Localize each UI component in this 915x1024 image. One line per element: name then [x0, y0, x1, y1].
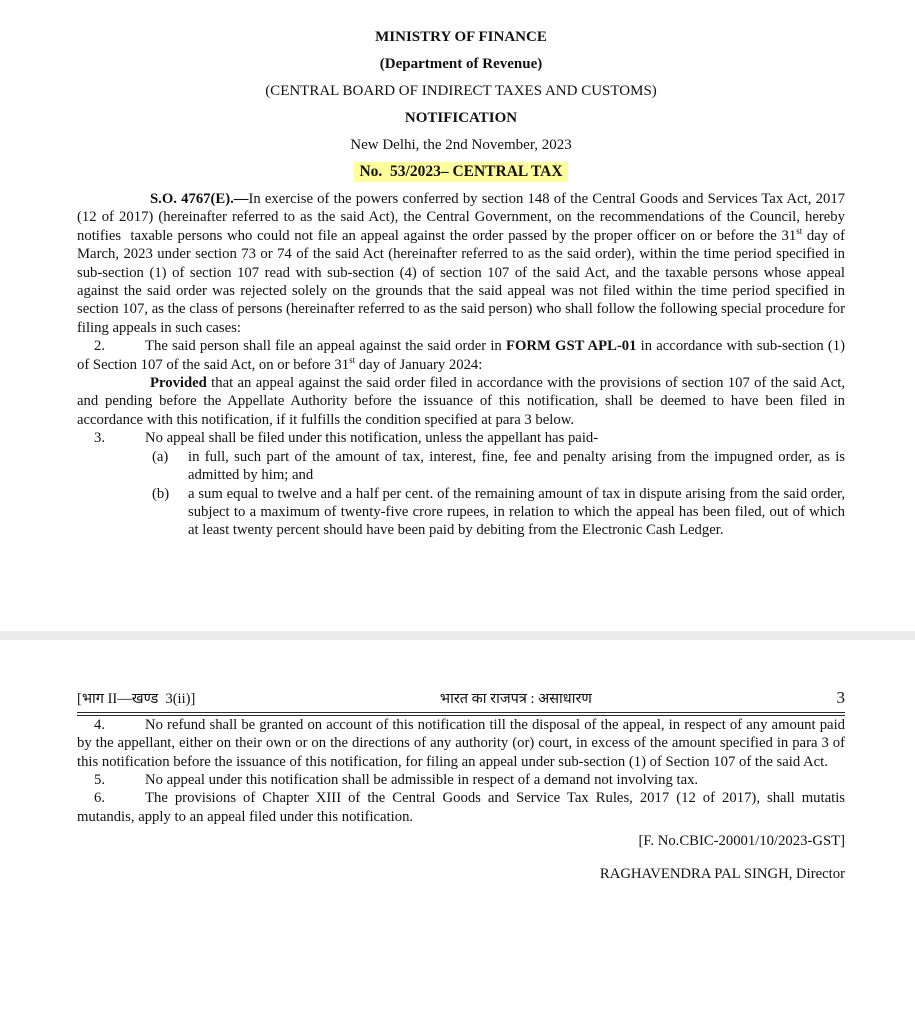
- page-separator-band: [0, 631, 915, 640]
- para-5-text: No appeal under this notification shall …: [145, 772, 698, 788]
- item-a-text: in full, such part of the amount of tax,…: [188, 449, 845, 483]
- document-header: MINISTRY OF FINANCE (Department of Reven…: [77, 0, 845, 182]
- signatory-line: RAGHAVENDRA PAL SINGH, Director: [77, 865, 845, 883]
- gazette-part-label: [भाग II—खण्ड 3(ii)]: [77, 690, 195, 708]
- paragraph-3: 3.No appeal shall be filed under this no…: [77, 429, 845, 447]
- page1-content: MINISTRY OF FINANCE (Department of Reven…: [77, 0, 845, 540]
- gazette-notification-page: MINISTRY OF FINANCE (Department of Reven…: [0, 0, 915, 1024]
- paragraph-6-number: 6.: [94, 789, 145, 807]
- para-6-text: The provisions of Chapter XIII of the Ce…: [77, 790, 845, 824]
- para-3-text: No appeal shall be filed under this noti…: [145, 430, 598, 446]
- proviso-paragraph: Provided that an appeal against the said…: [77, 374, 845, 429]
- form-name-bold: FORM GST APL-01: [506, 338, 637, 354]
- paragraph-so-4767: S.O. 4767(E).—In exercise of the powers …: [77, 190, 845, 337]
- paragraph-5-number: 5.: [94, 771, 145, 789]
- place-date-line: New Delhi, the 2nd November, 2023: [77, 136, 845, 155]
- para-so-text-2: day of March, 2023 under section 73 or 7…: [77, 228, 845, 336]
- paragraph-5: 5.No appeal under this notification shal…: [77, 771, 845, 789]
- paragraph-4: 4.No refund shall be granted on account …: [77, 716, 845, 771]
- page-number: 3: [837, 689, 846, 707]
- doc-type-title: NOTIFICATION: [77, 109, 845, 128]
- paragraph-6: 6.The provisions of Chapter XIII of the …: [77, 789, 845, 826]
- paragraph-3-item-b: (b)a sum equal to twelve and a half per …: [77, 485, 845, 540]
- paragraph-3-item-a: (a)in full, such part of the amount of t…: [77, 448, 845, 485]
- gazette-title-hindi: भारत का राजपत्र : असाधारण: [195, 690, 836, 708]
- item-a-label: (a): [152, 448, 188, 466]
- para-4-text: No refund shall be granted on account of…: [77, 717, 845, 770]
- gazette-running-header: [भाग II—खण्ड 3(ii)] भारत का राजपत्र : अस…: [77, 689, 845, 716]
- notification-number-line: No. 53/2023– CENTRAL TAX: [77, 163, 845, 182]
- item-b-text: a sum equal to twelve and a half per cen…: [188, 486, 845, 539]
- paragraph-2-number: 2.: [94, 337, 145, 355]
- file-number-line: [F. No.CBIC-20001/10/2023-GST]: [77, 832, 845, 850]
- department-title: (Department of Revenue): [77, 55, 845, 74]
- so-number-bold: S.O. 4767(E).—: [150, 191, 248, 207]
- proviso-lead-bold: Provided: [150, 375, 207, 391]
- item-b-label: (b): [152, 485, 188, 503]
- para-2-text-1: The said person shall file an appeal aga…: [145, 338, 506, 354]
- paragraph-2: 2.The said person shall file an appeal a…: [77, 337, 845, 374]
- page2-content: [भाग II—खण्ड 3(ii)] भारत का राजपत्र : अस…: [77, 689, 845, 884]
- paragraph-3-number: 3.: [94, 429, 145, 447]
- notification-number-highlight: No. 53/2023– CENTRAL TAX: [354, 162, 567, 182]
- ministry-title: MINISTRY OF FINANCE: [77, 28, 845, 47]
- board-title: (CENTRAL BOARD OF INDIRECT TAXES AND CUS…: [77, 82, 845, 101]
- para-2-text-3: day of January 2024:: [355, 357, 482, 373]
- paragraph-4-number: 4.: [94, 716, 145, 734]
